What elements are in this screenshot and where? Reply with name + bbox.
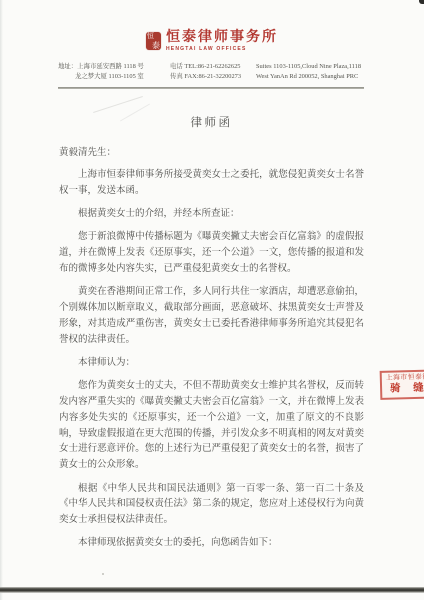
paragraph: 您于新浪微博中传播标题为《曝黄奕撇丈夫密会百亿富翁》的虚假报道，并在微博上发表《… xyxy=(59,230,364,277)
scan-speck xyxy=(228,542,231,544)
address-cn-line1: 地址：上海市延安西路 1118 号 xyxy=(58,62,170,72)
scan-bottom-edge xyxy=(0,587,424,593)
firm-seal-logo-icon: 恒 泰 xyxy=(146,32,161,50)
address-en-line1: Suites 1103-1105,Cloud Nine Plaza,1118 xyxy=(256,62,365,72)
paragraph: 根据黄奕女士的介绍，并经本所查证： xyxy=(59,207,364,223)
stamp-firm-name: 上海市恒泰律 xyxy=(386,373,424,383)
seam-seal-stamp: 上海市恒泰律 骑 缝 xyxy=(380,369,424,399)
paragraph: 上海市恒泰律师事务所接受黄奕女士之委托，就您侵犯黄奕女士名誉权一事，发送本函。 xyxy=(59,168,364,200)
address-en: Suites 1103-1105,Cloud Nine Plaza,1118 W… xyxy=(256,62,365,81)
letterhead-divider xyxy=(58,87,364,89)
brand-names: 恒泰律师事务所 HENGTAI LAW OFFICES xyxy=(166,30,278,53)
fax-line: 传真 FAX:86-21-32200273 xyxy=(170,72,256,82)
letter-title: 律师函 xyxy=(59,114,364,130)
firm-name-en: HENGTAI LAW OFFICES xyxy=(166,46,278,53)
salutation: 黄毅清先生： xyxy=(59,145,364,161)
stamp-seam-label: 骑 缝 xyxy=(386,382,424,396)
scan-speck xyxy=(102,573,104,575)
address-en-line2: West YanAn Rd 200052, Shanghai PRC xyxy=(256,72,365,82)
paragraph: 黄奕在香港期间正常工作，多人同行共住一家酒店，却遭恶意偷拍，个别媒体加以断章取义… xyxy=(59,285,364,348)
tel-fax: 电话 TEL:86-21-62262625 传真 FAX:86-21-32200… xyxy=(170,62,256,81)
seal-char-1: 恒 xyxy=(147,32,154,40)
seal-char-2: 泰 xyxy=(152,41,160,50)
brand-row: 恒 泰 恒泰律师事务所 HENGTAI LAW OFFICES xyxy=(0,30,424,56)
address-row: 地址：上海市延安西路 1118 号 龙之梦大厦 1103-1105 室 电话 T… xyxy=(58,62,365,81)
address-cn-line2: 龙之梦大厦 1103-1105 室 xyxy=(58,72,170,82)
scanned-lawyer-letter-page: 恒 泰 恒泰律师事务所 HENGTAI LAW OFFICES 地址：上海市延安… xyxy=(0,0,424,600)
letter-body: 律师函 黄毅清先生： 上海市恒泰律师事务所接受黄奕女士之委托，就您侵犯黄奕女士名… xyxy=(59,114,364,552)
letterhead: 恒 泰 恒泰律师事务所 HENGTAI LAW OFFICES 地址：上海市延安… xyxy=(0,0,424,89)
paragraph: 您作为黄奕女士的丈夫，不但不帮助黄奕女士维护其名誉权，反而转发内容严重失实的《曝… xyxy=(59,379,364,474)
tel-line: 电话 TEL:86-21-62262625 xyxy=(170,62,256,72)
scan-left-edge xyxy=(0,0,3,600)
paragraph: 根据《中华人民共和国民法通则》第一百零一条、第一百二十条及《中华人民共和国侵权责… xyxy=(59,482,364,529)
firm-name-cn: 恒泰律师事务所 xyxy=(166,30,278,46)
paragraph: 本律师认为： xyxy=(59,356,364,372)
scan-corner-mark xyxy=(419,0,424,4)
paragraph: 本律师现依据黄奕女士的委托，向您函告如下： xyxy=(59,536,364,552)
address-cn: 地址：上海市延安西路 1118 号 龙之梦大厦 1103-1105 室 xyxy=(58,62,170,81)
